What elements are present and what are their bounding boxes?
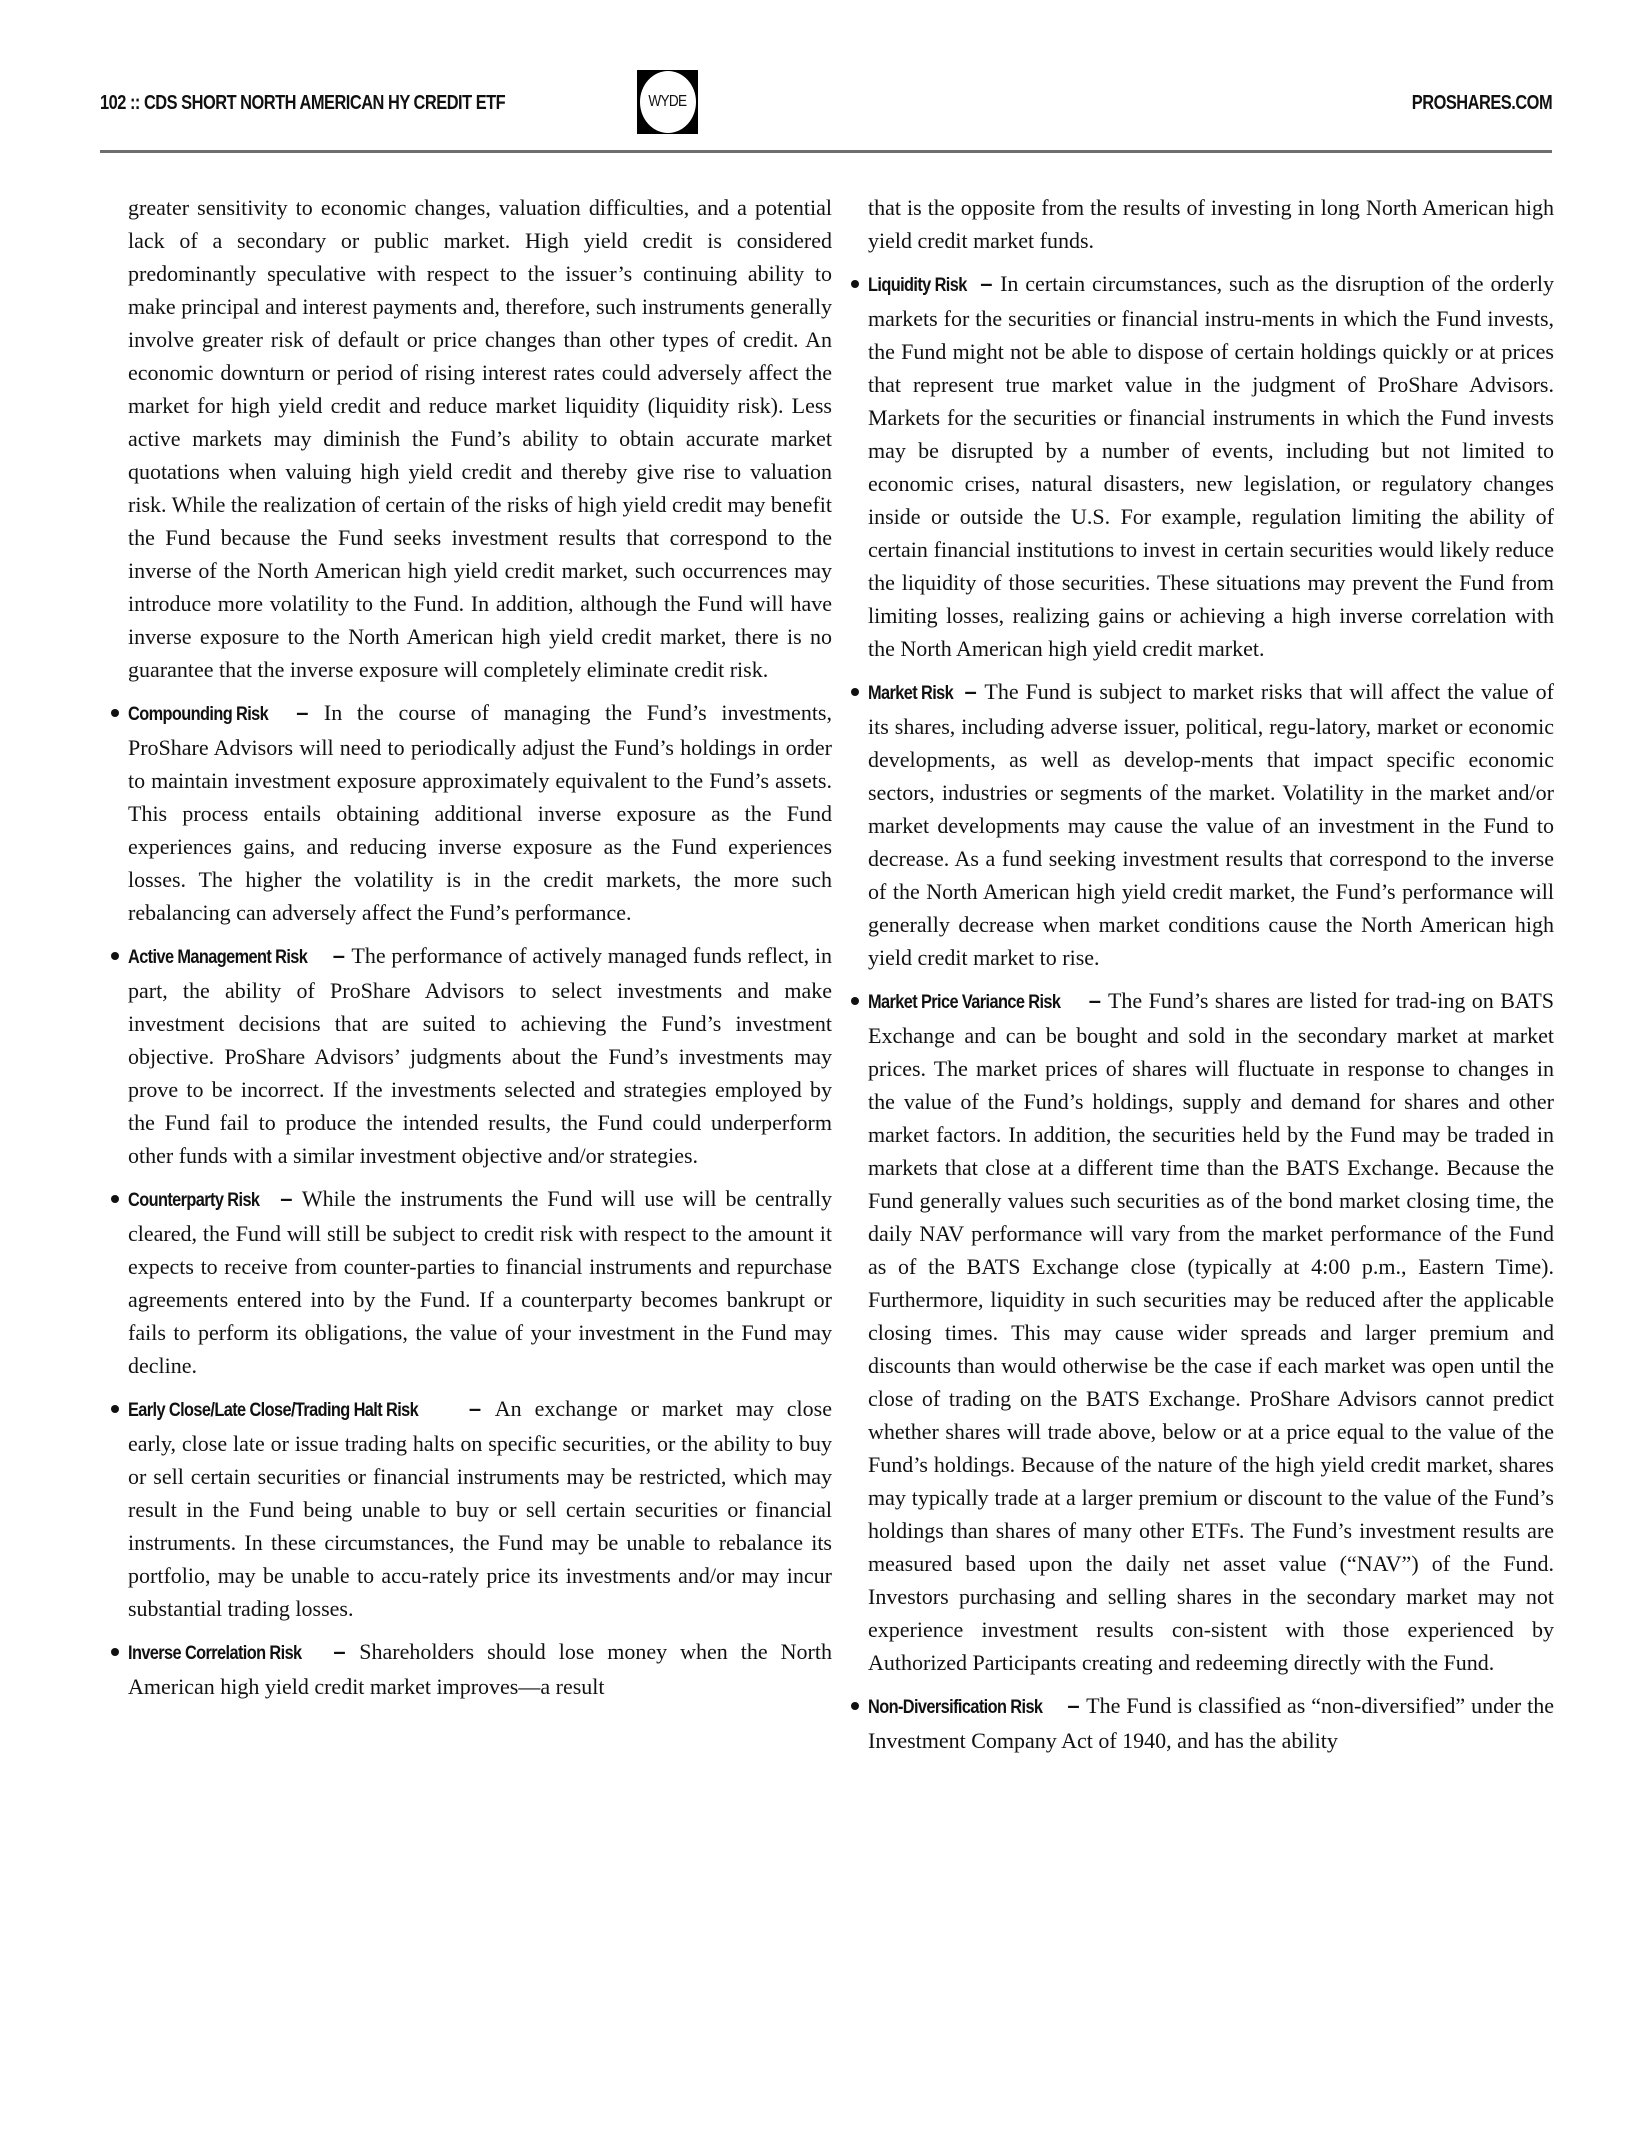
bullet-liquidity-risk: Liquidity Risk – In certain circumstance…	[868, 267, 1554, 665]
em-dash: –	[320, 1639, 359, 1664]
bullet-counterparty-risk: Counterparty Risk – While the instrument…	[128, 1182, 832, 1382]
bullet-title: Compounding Risk	[128, 698, 268, 731]
bullet-title: Liquidity Risk	[868, 269, 967, 302]
bullet-non-diversification-risk: Non-Diversification Risk – The Fund is c…	[868, 1689, 1554, 1757]
bullet-title: Inverse Correlation Risk	[128, 1637, 302, 1670]
wyde-logo-icon: WYDE	[637, 70, 698, 134]
website-link[interactable]: PROSHARES.COM	[1412, 92, 1552, 115]
continuation-paragraph: that is the opposite from the results of…	[868, 191, 1554, 257]
bullet-icon	[851, 1702, 859, 1710]
left-column: greater sensitivity to economic changes,…	[128, 191, 832, 1713]
bullet-text: The Fund is subject to market risks that…	[868, 679, 1554, 970]
em-dash: –	[1061, 1693, 1086, 1718]
em-dash: –	[455, 1396, 494, 1421]
bullet-text: The performance of actively managed fund…	[128, 943, 832, 1168]
bullet-title: Active Management Risk	[128, 941, 307, 974]
bullet-icon	[851, 688, 859, 696]
bullet-title: Non-Diversification Risk	[868, 1691, 1042, 1724]
header-divider	[100, 150, 1552, 153]
bullet-market-risk: Market Risk – The Fund is subject to mar…	[868, 675, 1554, 974]
bullet-icon	[111, 1648, 119, 1656]
right-column: that is the opposite from the results of…	[868, 191, 1554, 1767]
em-dash: –	[973, 271, 1000, 296]
bullet-compounding-risk: Compounding Risk – In the course of mana…	[128, 696, 832, 929]
bullet-title: Market Price Variance Risk	[868, 986, 1060, 1019]
intro-paragraph: greater sensitivity to economic changes,…	[128, 191, 832, 686]
em-dash: –	[326, 943, 351, 968]
bullet-title: Market Risk	[868, 677, 953, 710]
bullet-text: An exchange or market may close early, c…	[128, 1396, 832, 1621]
logo-circle: WYDE	[640, 71, 696, 133]
bullet-inverse-correlation-risk: Inverse Correlation Risk – Shareholders …	[128, 1635, 832, 1703]
bullet-icon	[111, 952, 119, 960]
page-header: 102 :: CDS SHORT NORTH AMERICAN HY CREDI…	[100, 88, 1552, 128]
em-dash: –	[271, 1186, 302, 1211]
bullet-active-management-risk: Active Management Risk – The performance…	[128, 939, 832, 1172]
bullet-icon	[111, 1195, 119, 1203]
em-dash: –	[281, 700, 324, 725]
page-number-and-fund-title: 102 :: CDS SHORT NORTH AMERICAN HY CREDI…	[100, 92, 505, 115]
bullet-icon	[851, 997, 859, 1005]
bullet-icon	[111, 1405, 119, 1413]
bullet-text: In certain circumstances, such as the di…	[868, 271, 1554, 661]
em-dash: –	[957, 679, 984, 704]
bullet-title: Early Close/Late Close/Trading Halt Risk	[128, 1394, 418, 1427]
bullet-early-close-risk: Early Close/Late Close/Trading Halt Risk…	[128, 1392, 832, 1625]
bullet-text: The Fund’s shares are listed for trad-in…	[868, 988, 1554, 1675]
logo-text: WYDE	[648, 93, 686, 111]
bullet-market-price-variance-risk: Market Price Variance Risk – The Fund’s …	[868, 984, 1554, 1679]
bullet-title: Counterparty Risk	[128, 1184, 259, 1217]
bullet-icon	[851, 280, 859, 288]
bullet-text: In the course of managing the Fund’s inv…	[128, 700, 832, 925]
bullet-icon	[111, 709, 119, 717]
em-dash: –	[1082, 988, 1108, 1013]
